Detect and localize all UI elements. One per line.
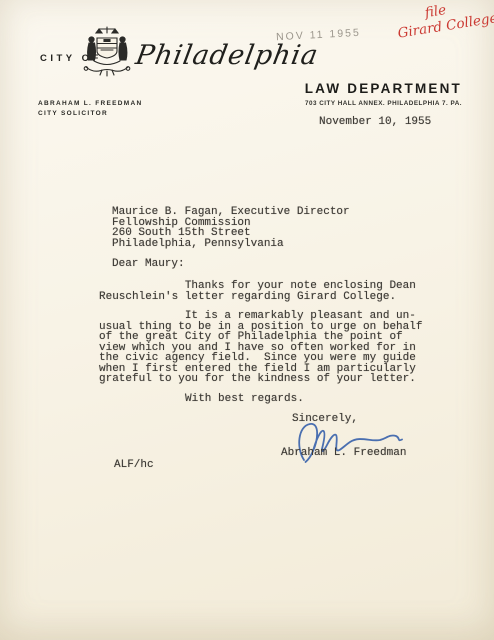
city-solicitor-block: ABRAHAM L. FREEDMAN CITY SOLICITOR xyxy=(38,99,143,118)
typist-initials: ALF/hc xyxy=(114,460,154,471)
regards-line: With best regards. xyxy=(185,394,304,405)
date-received-stamp: NOV 11 1955 xyxy=(276,27,361,43)
scanned-letter: { "letterhead": { "city_of": "CITY OF", … xyxy=(0,0,494,640)
body-paragraph-2: It is a remarkably pleasant and un- usua… xyxy=(99,311,422,385)
handwritten-filing-note: file Girard College xyxy=(394,0,494,42)
philadelphia-coat-of-arms-icon xyxy=(80,24,134,87)
signer-name: Abraham L. Freedman xyxy=(281,448,406,459)
signature-icon xyxy=(286,418,418,469)
letter-page: CITY OF xyxy=(0,0,494,640)
solicitor-name: ABRAHAM L. FREEDMAN xyxy=(38,99,143,109)
body-paragraph-1: Thanks for your note enclosing Dean Reus… xyxy=(99,281,416,302)
solicitor-title: CITY SOLICITOR xyxy=(38,109,143,119)
letter-date: November 10, 1955 xyxy=(319,117,431,128)
law-department-address: 703 CITY HALL ANNEX. PHILADELPHIA 7. PA. xyxy=(305,100,462,107)
recipient-address: Maurice B. Fagan, Executive Director Fel… xyxy=(112,207,350,249)
philadelphia-script-wordmark: Philadelphia xyxy=(133,40,321,71)
salutation: Dear Maury: xyxy=(112,259,185,270)
law-department-heading: LAW DEPARTMENT xyxy=(305,81,462,96)
law-department-block: LAW DEPARTMENT 703 CITY HALL ANNEX. PHIL… xyxy=(305,81,462,107)
